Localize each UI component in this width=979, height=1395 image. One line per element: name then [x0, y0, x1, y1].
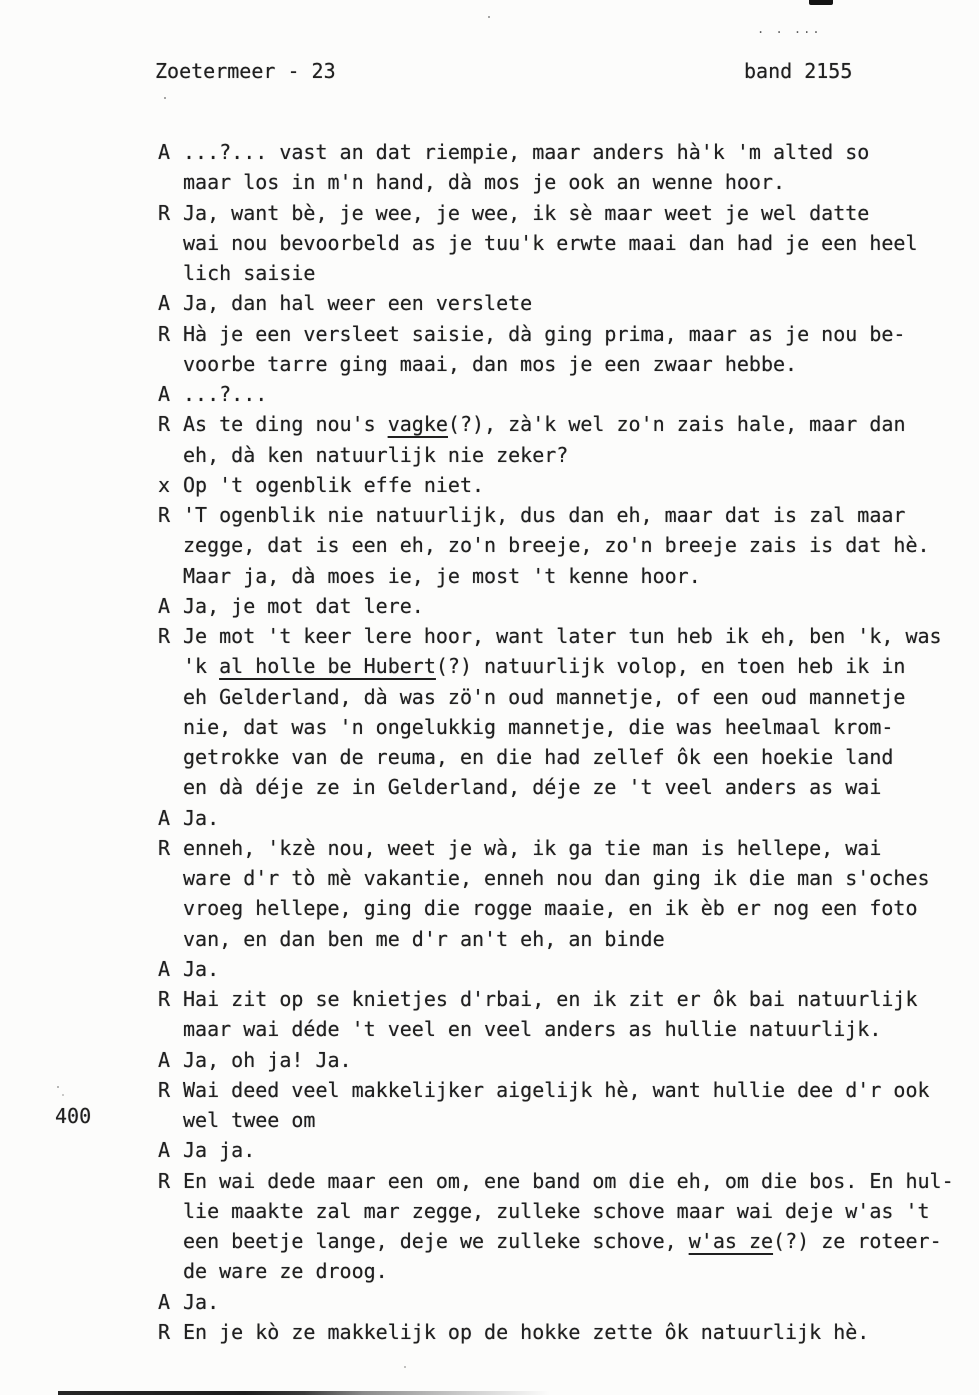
line-text: eh Gelderland, dà was zö'n oud mannetje,…: [183, 685, 905, 709]
line-text: vroeg hellepe, ging die rogge maaie, en …: [183, 896, 918, 920]
transcript-line: AJa.: [158, 954, 968, 984]
transcript-line: wai nou bevoorbeld as je tuu'k erwte maa…: [158, 228, 968, 258]
line-text: en dà déje ze in Gelderland, déje ze 't …: [183, 775, 881, 799]
transcript-line: RJa, want bè, je wee, je wee, ik sè maar…: [158, 198, 968, 228]
line-text: 'T ogenblik nie natuurlijk, dus dan eh, …: [183, 503, 905, 527]
transcript-line: getrokke van de reuma, en die had zellef…: [158, 742, 968, 772]
line-text: lich saisie: [183, 261, 315, 285]
line-text: Ja.: [183, 957, 219, 981]
line-text: Ja, want bè, je wee, je wee, ik sè maar …: [183, 201, 869, 225]
line-text: eh, dà ken natuurlijk nie zeker?: [183, 443, 568, 467]
transcript-line: wel twee om400: [158, 1105, 968, 1135]
transcript-line: nie, dat was 'n ongelukkig mannetje, die…: [158, 712, 968, 742]
scan-speck: [62, 1094, 64, 1096]
transcript-line: lich saisie: [158, 258, 968, 288]
line-text: ware d'r tò mè vakantie, enneh nou dan g…: [183, 866, 930, 890]
line-text: lie maakte zal mar zegge, zulleke schove…: [183, 1199, 930, 1223]
line-text: van, en dan ben me d'r an't eh, an binde: [183, 927, 665, 951]
scan-speck: [488, 16, 490, 18]
transcript-line: REn je kò ze makkelijk op de hokke zette…: [158, 1317, 968, 1347]
line-text: 'k al holle be Hubert(?) natuurlijk volo…: [183, 654, 905, 678]
line-text: Wai deed veel makkelijker aigelijk hè, w…: [183, 1078, 930, 1102]
line-text: de ware ze droog.: [183, 1259, 388, 1283]
speaker-label: A: [158, 1045, 170, 1075]
line-number-note: 400: [55, 1101, 91, 1131]
transcript-line: A...?... vast an dat riempie, maar ander…: [158, 137, 968, 167]
transcript-line: AJa, oh ja! Ja.: [158, 1045, 968, 1075]
transcript-line: voorbe tarre ging maai, dan mos je een z…: [158, 349, 968, 379]
speaker-label: R: [158, 833, 170, 863]
page-header-band-number: band 2155: [744, 58, 852, 84]
transcript-line: eh Gelderland, dà was zö'n oud mannetje,…: [158, 682, 968, 712]
speaker-label: R: [158, 1317, 170, 1347]
line-text: nie, dat was 'n ongelukkig mannetje, die…: [183, 715, 893, 739]
line-text: En wai dede maar een om, ene band om die…: [183, 1169, 954, 1193]
scan-edge-shadow: [58, 1391, 550, 1395]
line-text: Ja, dan hal weer een verslete: [183, 291, 532, 315]
speaker-label: R: [158, 198, 170, 228]
scan-speck: [57, 1086, 59, 1088]
transcript-line: AJa ja.: [158, 1135, 968, 1165]
transcript-line: RHai zit op se knietjes d'rbai, en ik zi…: [158, 984, 968, 1014]
speaker-label: R: [158, 319, 170, 349]
speaker-label: R: [158, 500, 170, 530]
transcript-line: AJa, je mot dat lere.: [158, 591, 968, 621]
scan-speck: [164, 97, 166, 99]
line-text: Ja, oh ja! Ja.: [183, 1048, 352, 1072]
speaker-label: A: [158, 137, 170, 167]
line-text: wel twee om: [183, 1108, 315, 1132]
transcript-line: REn wai dede maar een om, ene band om di…: [158, 1166, 968, 1196]
scan-artifact-dots: . . ...: [757, 22, 822, 36]
line-text: Ja ja.: [183, 1138, 255, 1162]
line-text: ...?...: [183, 382, 267, 406]
transcript-line: vroeg hellepe, ging die rogge maaie, en …: [158, 893, 968, 923]
line-text: maar los in m'n hand, dà mos je ook an w…: [183, 170, 785, 194]
transcript-line: de ware ze droog.: [158, 1256, 968, 1286]
speaker-label: A: [158, 803, 170, 833]
scanned-transcript-page: . . ... Zoetermeer - 23 band 2155 A...?.…: [0, 0, 979, 1395]
transcript-line: RWai deed veel makkelijker aigelijk hè, …: [158, 1075, 968, 1105]
underlined-term: vagke: [388, 412, 448, 436]
page-edge-tab: [809, 0, 833, 5]
transcript-line: 'k al holle be Hubert(?) natuurlijk volo…: [158, 651, 968, 681]
speaker-label: A: [158, 591, 170, 621]
line-text: maar wai déde 't veel en veel anders as …: [183, 1017, 881, 1041]
scan-speck: [404, 1366, 406, 1368]
line-text: En je kò ze makkelijk op de hokke zette …: [183, 1320, 869, 1344]
underlined-term: w'as ze: [689, 1229, 773, 1253]
underlined-term: al holle be Hubert: [219, 654, 436, 678]
line-text: een beetje lange, deje we zulleke schove…: [183, 1229, 942, 1253]
transcript-line: AJa, dan hal weer een verslete: [158, 288, 968, 318]
line-text: ...?... vast an dat riempie, maar anders…: [183, 140, 869, 164]
transcript: A...?... vast an dat riempie, maar ander…: [158, 137, 968, 1347]
transcript-line: lie maakte zal mar zegge, zulleke schove…: [158, 1196, 968, 1226]
transcript-line: ware d'r tò mè vakantie, enneh nou dan g…: [158, 863, 968, 893]
transcript-line: en dà déje ze in Gelderland, déje ze 't …: [158, 772, 968, 802]
transcript-line: R'T ogenblik nie natuurlijk, dus dan eh,…: [158, 500, 968, 530]
line-text: Ja.: [183, 806, 219, 830]
line-text: zegge, dat is een eh, zo'n breeje, zo'n …: [183, 533, 930, 557]
speaker-label: R: [158, 1075, 170, 1105]
line-text: Maar ja, dà moes ie, je most 't kenne ho…: [183, 564, 701, 588]
speaker-label: A: [158, 288, 170, 318]
speaker-label: R: [158, 984, 170, 1014]
speaker-label: x: [158, 470, 170, 500]
line-text: Hai zit op se knietjes d'rbai, en ik zit…: [183, 987, 918, 1011]
line-text: Ja.: [183, 1290, 219, 1314]
line-text: getrokke van de reuma, en die had zellef…: [183, 745, 893, 769]
page-header-title: Zoetermeer - 23: [155, 58, 336, 84]
transcript-line: xOp 't ogenblik effe niet.: [158, 470, 968, 500]
transcript-line: maar wai déde 't veel en veel anders as …: [158, 1014, 968, 1044]
line-text: Hà je een versleet saisie, dà ging prima…: [183, 322, 905, 346]
speaker-label: R: [158, 1166, 170, 1196]
speaker-label: A: [158, 1135, 170, 1165]
speaker-label: A: [158, 954, 170, 984]
transcript-line: een beetje lange, deje we zulleke schove…: [158, 1226, 968, 1256]
transcript-line: RJe mot 't keer lere hoor, want later tu…: [158, 621, 968, 651]
transcript-line: RHà je een versleet saisie, dà ging prim…: [158, 319, 968, 349]
line-text: voorbe tarre ging maai, dan mos je een z…: [183, 352, 797, 376]
transcript-line: A...?...: [158, 379, 968, 409]
line-text: enneh, 'kzè nou, weet je wà, ik ga tie m…: [183, 836, 881, 860]
line-text: Op 't ogenblik effe niet.: [183, 473, 484, 497]
transcript-line: Maar ja, dà moes ie, je most 't kenne ho…: [158, 561, 968, 591]
transcript-line: AJa.: [158, 1287, 968, 1317]
transcript-line: RAs te ding nou's vagke(?), zà'k wel zo'…: [158, 409, 968, 439]
speaker-label: A: [158, 1287, 170, 1317]
line-text: As te ding nou's vagke(?), zà'k wel zo'n…: [183, 412, 905, 436]
transcript-line: van, en dan ben me d'r an't eh, an binde: [158, 924, 968, 954]
transcript-line: maar los in m'n hand, dà mos je ook an w…: [158, 167, 968, 197]
line-text: wai nou bevoorbeld as je tuu'k erwte maa…: [183, 231, 918, 255]
transcript-line: Renneh, 'kzè nou, weet je wà, ik ga tie …: [158, 833, 968, 863]
line-text: Ja, je mot dat lere.: [183, 594, 424, 618]
transcript-line: AJa.: [158, 803, 968, 833]
document-page: { "document": { "title_left": "Zoetermee…: [0, 0, 979, 1395]
line-text: Je mot 't keer lere hoor, want later tun…: [183, 624, 942, 648]
transcript-line: zegge, dat is een eh, zo'n breeje, zo'n …: [158, 530, 968, 560]
speaker-label: R: [158, 409, 170, 439]
speaker-label: R: [158, 621, 170, 651]
transcript-line: eh, dà ken natuurlijk nie zeker?: [158, 440, 968, 470]
speaker-label: A: [158, 379, 170, 409]
